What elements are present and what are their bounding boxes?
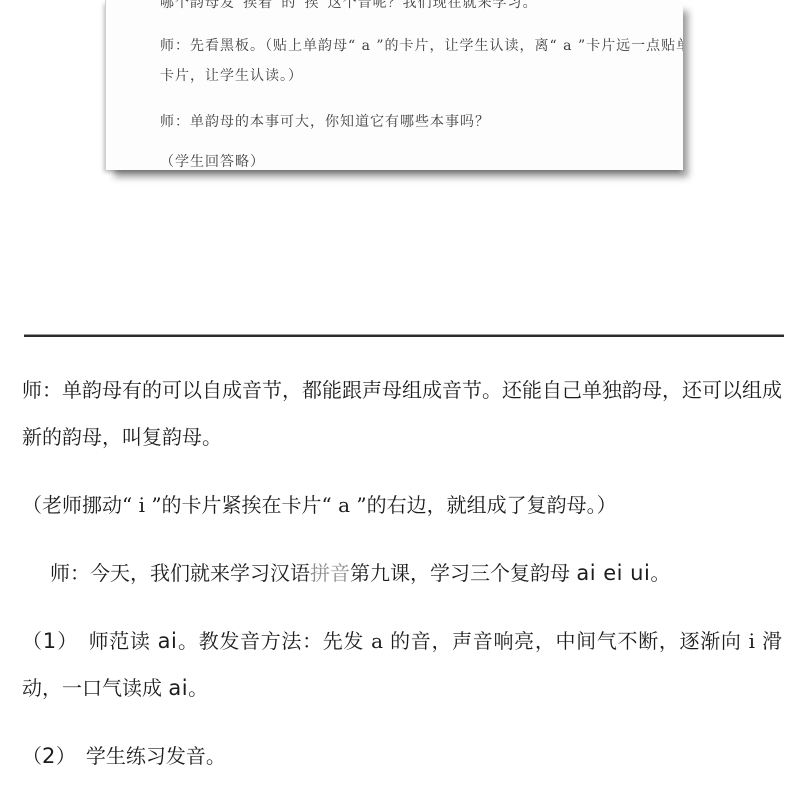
latin-text-segment: 2: [42, 744, 56, 768]
paragraph: 师：今天，我们就来学习汉语拼音第九课，学习三个复韵母 ai ei ui。: [22, 550, 782, 597]
latin-text-segment: ai ei ui: [576, 561, 650, 585]
paragraph: （老师挪动“ i ”的卡片紧挨在卡片“ a ”的右边，就组成了复韵母。）: [22, 482, 782, 529]
paragraph: （1） 师范读 ai。教发音方法：先发 a 的音，声音响亮，中间气不断，逐渐向 …: [22, 618, 782, 712]
scan-text-line: （学生回答略）: [160, 152, 655, 170]
highlighted-text-segment: 拼音: [310, 561, 350, 585]
scan-text-line: 卡片，让学生认读。）: [160, 66, 655, 86]
body-text: 师：单韵母有的可以自成音节，都能跟声母组成音节。还能自己单独韵母，还可以组成新的…: [22, 367, 782, 800]
latin-text-segment: 1: [43, 629, 57, 653]
scan-text-line: 师：先看黑板。（贴上单韵母“ a ”的卡片，让学生认读，离“ a ”卡片远一点贴…: [160, 36, 655, 56]
latin-text-segment: ai: [158, 629, 178, 653]
text-segment: ） 师范读: [57, 629, 158, 653]
text-segment: 第九课，学习三个复韵母: [350, 561, 576, 585]
text-segment: （: [22, 744, 42, 768]
scan-text-line: 师：单韵母的本事可大，你知道它有哪些本事吗？: [160, 112, 655, 132]
paragraph: （2） 学生练习发音。: [22, 733, 782, 780]
text-segment: （老师挪动“ i ”的卡片紧挨在卡片“ a ”的右边，就组成了复韵母。）: [22, 493, 617, 517]
latin-text-segment: ai: [168, 676, 188, 700]
text-segment: （: [22, 629, 43, 653]
paragraph: 师：单韵母有的可以自成音节，都能跟声母组成音节。还能自己单独韵母，还可以组成新的…: [22, 367, 782, 461]
text-segment: ） 学生练习发音。: [56, 744, 226, 768]
text-segment: 师：今天，我们就来学习汉语: [50, 561, 310, 585]
scanned-page-image: 哪个韵母发“挨着”的“挨”这个音呢？我们现在就来学习。 师：先看黑板。（贴上单韵…: [105, 0, 683, 170]
horizontal-divider: [24, 334, 784, 337]
text-segment: 。: [188, 676, 208, 700]
text-segment: 师：单韵母有的可以自成音节，都能跟声母组成音节。还能自己单独韵母，还可以组成新的…: [22, 378, 782, 449]
text-segment: 。: [650, 561, 670, 585]
scan-text-line: 哪个韵母发“挨着”的“挨”这个音呢？我们现在就来学习。: [160, 0, 655, 13]
